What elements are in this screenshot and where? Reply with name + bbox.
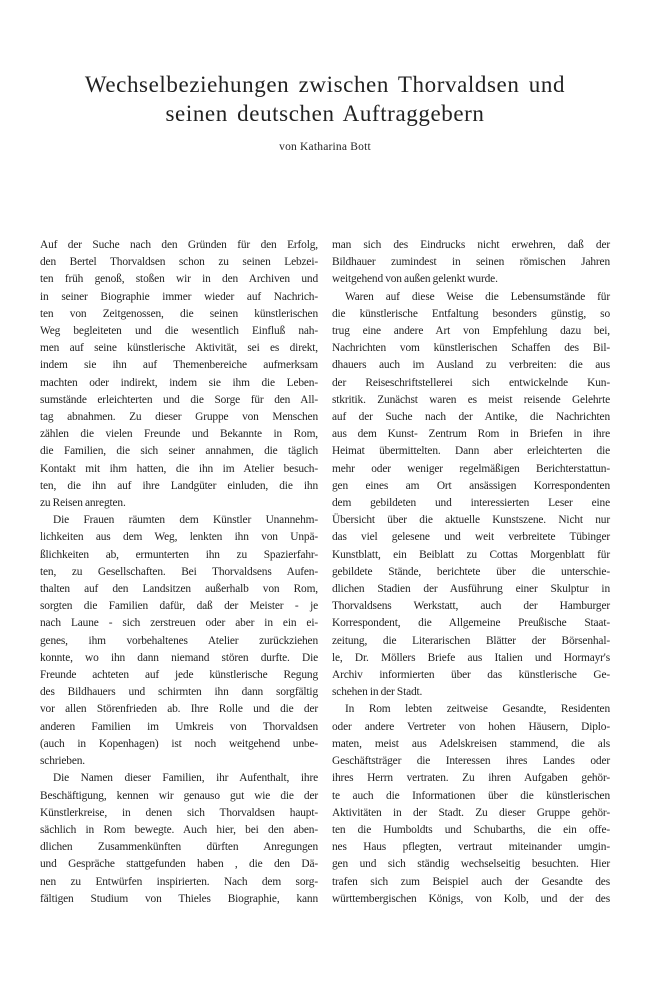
text-line: anderen Familien im Umkreis von Thorvald… — [40, 719, 318, 736]
text-line: ten, zu Gesellschaften. Bei Thorvaldsens… — [40, 564, 318, 581]
text-line: gebildete Stände, berichtete über die un… — [332, 564, 610, 581]
text-line: Die Namen dieser Familien, ihr Aufenthal… — [40, 770, 318, 787]
text-line: Die Frauen räumten dem Künstler Unannehm… — [40, 512, 318, 529]
text-line: und Gespräche stattgefunden haben , die … — [40, 856, 318, 873]
text-line: genes, ihm vorbehaltenes Atelier zurückz… — [40, 633, 318, 650]
text-line: Auf der Suche nach den Gründen für den E… — [40, 237, 318, 254]
text-line: ihres Herrn vertraten. Zu ihren Aufgaben… — [332, 770, 610, 787]
byline: von Katharina Bott — [0, 141, 650, 153]
text-line: le, Dr. Möllers Briefe aus Italien und H… — [332, 650, 610, 667]
text-line: Heimat übermittelten. Dann aber erleicht… — [332, 443, 610, 460]
text-line: Künstlerkreise, in denen sich Thorvaldse… — [40, 805, 318, 822]
text-line: weitgehend von außen gelenkt wurde. — [332, 271, 610, 288]
text-line: Geschäftsträger die Interessen ihres Lan… — [332, 753, 610, 770]
text-line: thalten auf den Landsitzen außerhalb von… — [40, 581, 318, 598]
text-line: konnte, wo ihn dann niemand stören durft… — [40, 650, 318, 667]
text-line: der Reiseschriftstellerei sich entwickel… — [332, 375, 610, 392]
text-line: ten, die ihn auf ihre Landgüter einluden… — [40, 478, 318, 495]
text-line: des Bildhauers und schirmten ihn dann so… — [40, 684, 318, 701]
text-line: sumstände erleichterten und die Sorge fü… — [40, 392, 318, 409]
article-page: Wechselbeziehungen zwischen Thorvaldsen … — [0, 0, 650, 998]
text-line: Waren auf diese Weise die Lebensumstände… — [332, 289, 610, 306]
text-line: Übersicht über die aktuelle Kunstszene. … — [332, 512, 610, 529]
text-line: nen zu Entwürfen inspirierten. Nach dem … — [40, 874, 318, 891]
text-line: ßlichkeiten ab, ermunterten ihn zu Spazi… — [40, 547, 318, 564]
text-line: Thorvaldsens Werkstatt, auch der Hamburg… — [332, 598, 610, 615]
text-line: den Bertel Thorvaldsen schon zu seinen L… — [40, 254, 318, 271]
text-line: Aktivitäten in der Stadt. Zu dieser Grup… — [332, 805, 610, 822]
text-line: zählen die vielen Freunde und Bekannte i… — [40, 426, 318, 443]
text-line: aus dem Kunst- Zentrum Rom in Briefen in… — [332, 426, 610, 443]
text-line: Bildhauer zumindest in seinen römischen … — [332, 254, 610, 271]
title-line: Wechselbeziehungen zwischen Thorvaldsen … — [25, 70, 625, 99]
text-line: württembergischen Königs, von Kolb, und … — [332, 891, 610, 908]
text-line: dlichen Zusammenkünften dürften Anregung… — [40, 839, 318, 856]
text-line: oder andere Vertreter von hohen Häusern,… — [332, 719, 610, 736]
text-line: Kunstblatt, ein Beiblatt zu Cottas Morge… — [332, 547, 610, 564]
page-title: Wechselbeziehungen zwischen Thorvaldsen … — [25, 70, 625, 128]
text-line: vor allen Störenfrieden ab. Ihre Rolle u… — [40, 701, 318, 718]
text-line: die künstlerische Entfaltung besonders g… — [332, 306, 610, 323]
text-line: Nachrichten vom künstlerischen Schaffen … — [332, 340, 610, 357]
text-line: dhauers auch im Ausland zu verbreiten: d… — [332, 357, 610, 374]
text-line: man sich des Eindrucks nicht erwehren, d… — [332, 237, 610, 254]
title-line: seinen deutschen Auftraggebern — [25, 99, 625, 128]
text-line: Weg begleiteten und die wesentlich Einfl… — [40, 323, 318, 340]
column-left: Auf der Suche nach den Gründen für den E… — [40, 237, 318, 908]
text-line: Beschäftigung, kennen wir genauso gut wi… — [40, 788, 318, 805]
text-line: lichkeiten aus dem Weg, lenkten ihn von … — [40, 529, 318, 546]
text-line: das viel gelesene und weit verbreitete T… — [332, 529, 610, 546]
column-right: man sich des Eindrucks nicht erwehren, d… — [332, 237, 610, 908]
text-line: auf der Suche nach der Antike, die Nachr… — [332, 409, 610, 426]
text-line: dlichen Stadien der Ausführung einer Sku… — [332, 581, 610, 598]
text-line: sächlich in Rom bewegte. Auch hier, bei … — [40, 822, 318, 839]
text-line: schehen in der Stadt. — [332, 684, 610, 701]
text-line: In Rom lebten zeitweise Gesandte, Reside… — [332, 701, 610, 718]
text-line: Kontakt mit ihm hatten, die ihn im Ateli… — [40, 461, 318, 478]
text-line: machten oder indirekt, indem sie ihm die… — [40, 375, 318, 392]
text-line: te auch die Informationen über die künst… — [332, 788, 610, 805]
text-line: die Familien, die sich seiner annahmen, … — [40, 443, 318, 460]
text-line: Archiv informierten über das künstlerisc… — [332, 667, 610, 684]
text-line: gen und sich ständig wechselseitig besuc… — [332, 856, 610, 873]
text-line: dem gebildeten und interessierten Leser … — [332, 495, 610, 512]
text-columns: Auf der Suche nach den Gründen für den E… — [40, 237, 610, 908]
text-line: nach Laune - sich zerstreuen oder aber i… — [40, 615, 318, 632]
text-line: ten von Zeitgenossen, die seinen künstle… — [40, 306, 318, 323]
text-line: tag abnahmen. Zu dieser Gruppe von Mensc… — [40, 409, 318, 426]
text-line: fältigen Studium von Thieles Biographie,… — [40, 891, 318, 908]
text-line: (auch in Kopenhagen) ist noch weitgehend… — [40, 736, 318, 753]
text-line: in seiner Biographie immer wieder auf Na… — [40, 289, 318, 306]
text-line: nes Haus pflegten, vertraut miteinander … — [332, 839, 610, 856]
text-line: ten früh genoß, stoßen wir in den Archiv… — [40, 271, 318, 288]
text-line: trug eine andere Art von Empfehlung dazu… — [332, 323, 610, 340]
text-line: Korrespondent, die Allgemeine Preußische… — [332, 615, 610, 632]
text-line: gen eines am Ort ansässigen Korresponden… — [332, 478, 610, 495]
text-line: maten, meist aus Adelskreisen stammend, … — [332, 736, 610, 753]
text-line: men auf seine künstlerische Aktivität, s… — [40, 340, 318, 357]
text-line: zeitung, die Literarischen Blätter der B… — [332, 633, 610, 650]
text-line: sorgten die Familien dafür, daß der Meis… — [40, 598, 318, 615]
text-line: schrieben. — [40, 753, 318, 770]
text-line: Freunde achteten auf jede künstlerische … — [40, 667, 318, 684]
text-line: indem sie ihn auf Themenbereiche aufmerk… — [40, 357, 318, 374]
text-line: ten die Humboldts und Schubarths, die ei… — [332, 822, 610, 839]
text-line: mehr oder weniger regelmäßigen Berichter… — [332, 461, 610, 478]
text-line: stkritik. Zunächst waren es meist reisen… — [332, 392, 610, 409]
text-line: zu Reisen anregten. — [40, 495, 318, 512]
text-line: trafen sich zum Beispiel auch der Gesand… — [332, 874, 610, 891]
